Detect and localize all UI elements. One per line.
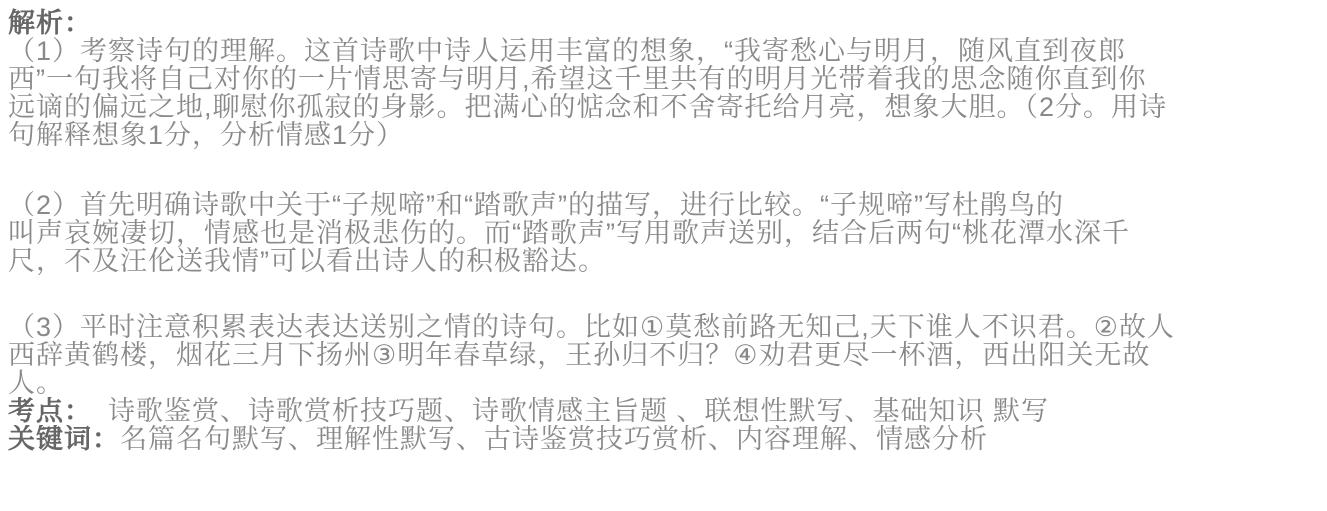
keywords-value: 名篇名句默写、理解性默写、古诗鉴赏技巧赏析、内容理解、情感分析 bbox=[120, 425, 988, 453]
text-line: 叫声哀婉凄切，情感也是消极悲伤的。而“踏歌声”写用歌声送别，结合后两句“桃花潭水… bbox=[8, 219, 1323, 247]
exam-points-row: 考点：诗歌鉴赏、诗歌赏析技巧题、诗歌情感主旨题 、联想性默写、基础知识 默写 bbox=[8, 397, 1323, 425]
text-line: 人。 bbox=[8, 369, 1323, 397]
paragraph-1: （1）考察诗句的理解。这首诗歌中诗人运用丰富的想象，“我寄愁心与明月，随风直到夜… bbox=[8, 37, 1323, 149]
text-line: （3）平时注意积累表达表达送别之情的诗句。比如①莫愁前路无知己,天下谁人不识君。… bbox=[8, 313, 1323, 341]
keywords-row: 关键词：名篇名句默写、理解性默写、古诗鉴赏技巧赏析、内容理解、情感分析 bbox=[8, 425, 1323, 453]
paragraph-2: （2）首先明确诗歌中关于“子规啼”和“踏歌声”的描写，进行比较。“子规啼”写杜鹃… bbox=[8, 191, 1323, 275]
exam-points-value: 诗歌鉴赏、诗歌赏析技巧题、诗歌情感主旨题 、联想性默写、基础知识 默写 bbox=[108, 397, 1049, 425]
text-line: （1）考察诗句的理解。这首诗歌中诗人运用丰富的想象，“我寄愁心与明月，随风直到夜… bbox=[8, 37, 1323, 65]
keywords-label: 关键词： bbox=[8, 425, 120, 453]
paragraph-3: （3）平时注意积累表达表达送别之情的诗句。比如①莫愁前路无知己,天下谁人不识君。… bbox=[8, 313, 1323, 397]
text-line: （2）首先明确诗歌中关于“子规啼”和“踏歌声”的描写，进行比较。“子规啼”写杜鹃… bbox=[8, 191, 1323, 219]
analysis-heading: 解析： bbox=[8, 9, 1323, 37]
text-line: 远谪的偏远之地,聊慰你孤寂的身影。把满心的惦念和不舍寄托给月亮，想象大胆。（2分… bbox=[8, 93, 1323, 121]
analysis-page: 解析： （1）考察诗句的理解。这首诗歌中诗人运用丰富的想象，“我寄愁心与明月，随… bbox=[0, 0, 1327, 511]
exam-points-label: 考点： bbox=[8, 397, 92, 425]
text-line: 句解释想象1分，分析情感1分） bbox=[8, 121, 1323, 149]
text-line: 西”一句我将自己对你的一片情思寄与明月,希望这千里共有的明月光带着我的思念随你直… bbox=[8, 65, 1323, 93]
text-line: 西辞黄鹤楼，烟花三月下扬州③明年春草绿，王孙归不归？④劝君更尽一杯酒，西出阳关无… bbox=[8, 341, 1323, 369]
text-line: 尺，不及汪伦送我情”可以看出诗人的积极豁达。 bbox=[8, 247, 1323, 275]
